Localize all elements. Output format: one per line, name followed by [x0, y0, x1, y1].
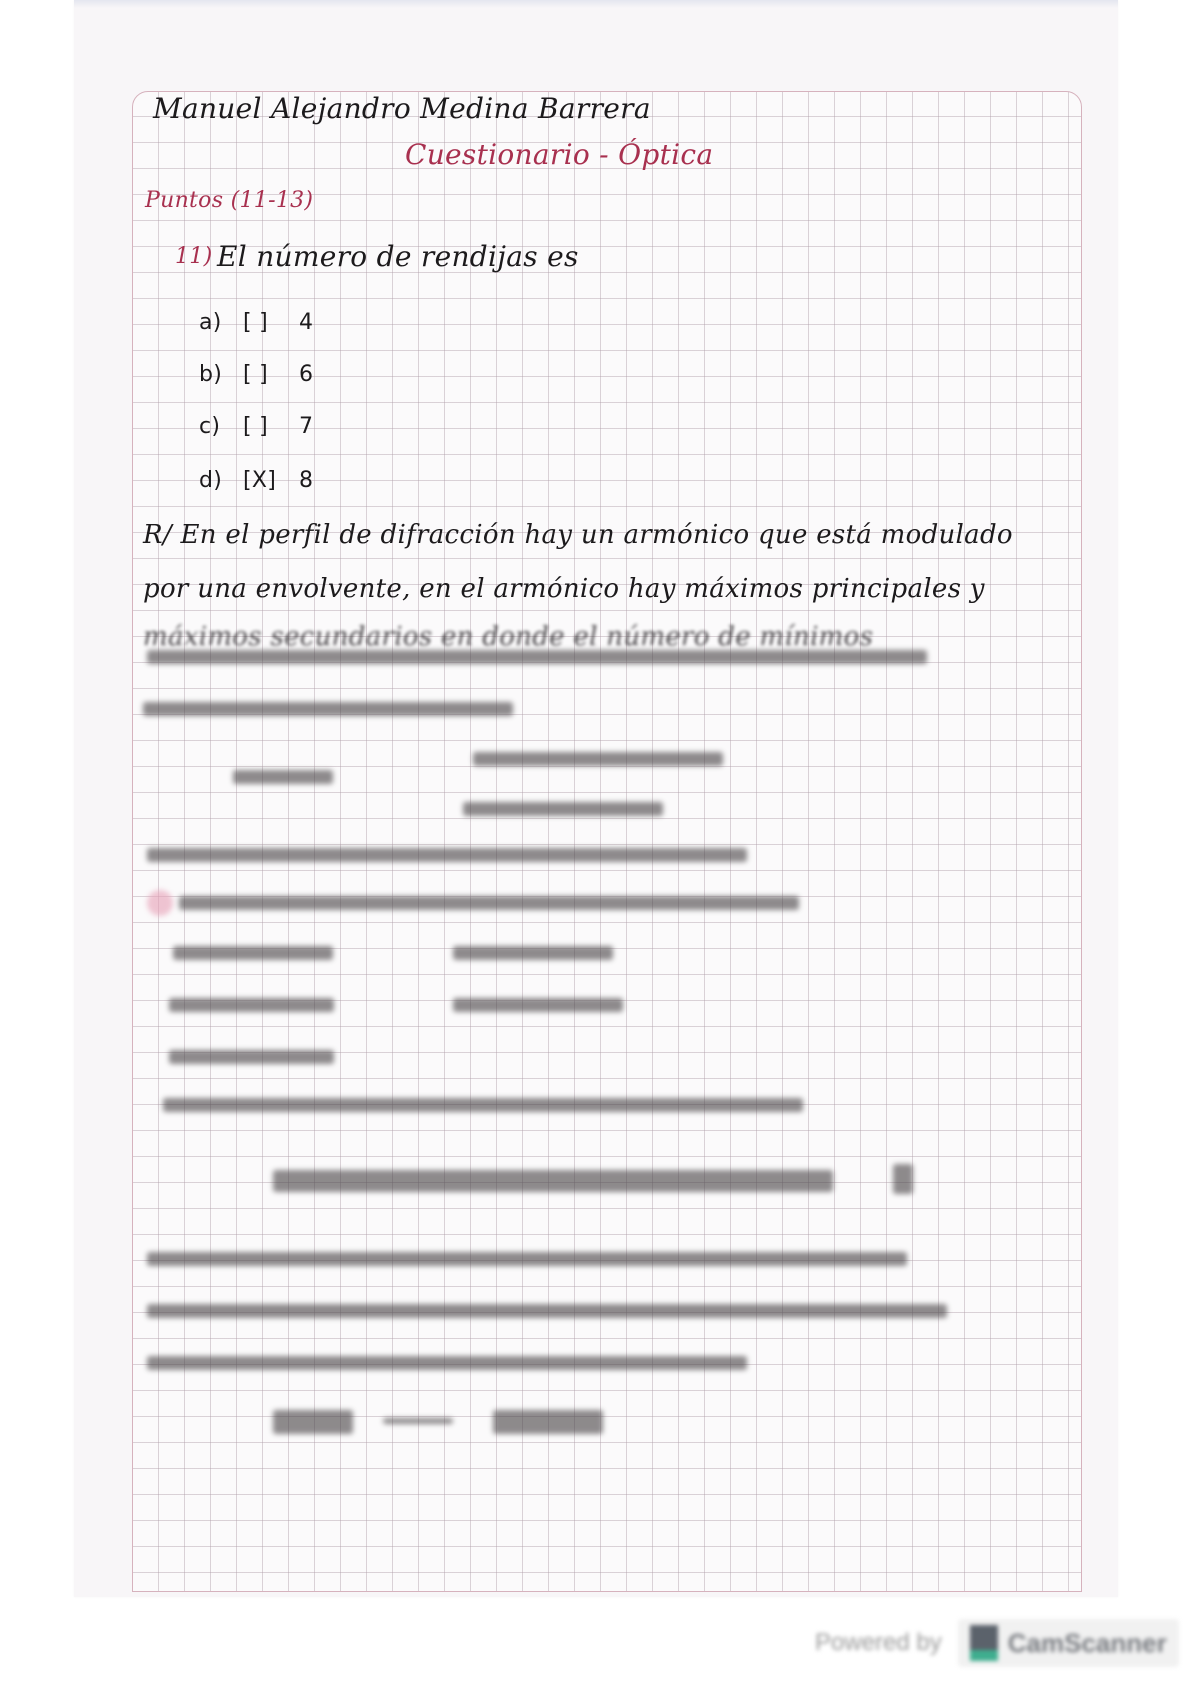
blurred-equation	[273, 1410, 353, 1434]
watermark-brand: CamScanner	[1008, 1628, 1167, 1659]
redacted-content	[133, 640, 1081, 1592]
answer-line-1: R/ En el perfil de difracción hay un arm…	[143, 520, 1013, 550]
watermark-badge: CamScanner	[958, 1619, 1179, 1667]
option-label: d)	[199, 468, 243, 493]
option-checkbox: [ ]	[243, 362, 299, 387]
blurred-line	[173, 946, 333, 960]
scanned-page: Manuel Alejandro Medina Barrera Cuestion…	[74, 0, 1118, 1597]
blurred-line	[147, 1356, 747, 1370]
blurred-line	[147, 650, 927, 664]
camscanner-logo-icon	[970, 1625, 998, 1661]
option-value: 8	[299, 468, 313, 493]
blurred-line	[233, 770, 333, 784]
pink-question-marker	[147, 890, 173, 916]
blurred-line	[179, 896, 799, 910]
question-number: 11)	[175, 244, 212, 269]
blurred-equation	[383, 1418, 453, 1424]
blurred-line	[453, 998, 623, 1012]
blurred-line	[169, 998, 334, 1012]
blurred-line	[169, 1050, 334, 1064]
option-c: c)[ ]7	[199, 414, 313, 439]
watermark-prefix: Powered by	[815, 1629, 942, 1657]
camscanner-watermark: Powered by CamScanner	[815, 1617, 1185, 1669]
blurred-line	[147, 848, 747, 862]
grid-paper-sheet: Manuel Alejandro Medina Barrera Cuestion…	[132, 91, 1082, 1592]
scan-top-edge	[74, 0, 1118, 8]
blurred-line	[463, 802, 663, 816]
option-value: 6	[299, 362, 313, 387]
option-checkbox: [ ]	[243, 414, 299, 439]
blurred-formula	[273, 1170, 833, 1192]
option-b: b)[ ]6	[199, 362, 313, 387]
document-title: Cuestionario - Óptica	[405, 138, 713, 171]
blurred-line	[473, 752, 723, 766]
blurred-line	[163, 1098, 803, 1112]
option-checkbox-checked: [X]	[243, 468, 299, 493]
blurred-formula	[893, 1164, 913, 1194]
blurred-line	[147, 1252, 907, 1266]
answer-line-2: por una envolvente, en el armónico hay m…	[143, 574, 985, 604]
blurred-line	[147, 1304, 947, 1318]
option-label: c)	[199, 414, 243, 439]
blurred-line	[453, 946, 613, 960]
option-value: 4	[299, 310, 313, 335]
option-label: b)	[199, 362, 243, 387]
author-name: Manuel Alejandro Medina Barrera	[153, 92, 651, 125]
option-label: a)	[199, 310, 243, 335]
section-heading: Puntos (11-13)	[145, 188, 313, 213]
blurred-equation	[493, 1410, 603, 1434]
option-a: a)[ ]4	[199, 310, 313, 335]
question-text: El número de rendijas es	[217, 240, 579, 273]
option-d: d)[X]8	[199, 468, 313, 493]
option-checkbox: [ ]	[243, 310, 299, 335]
option-value: 7	[299, 414, 313, 439]
blurred-line	[143, 702, 513, 716]
